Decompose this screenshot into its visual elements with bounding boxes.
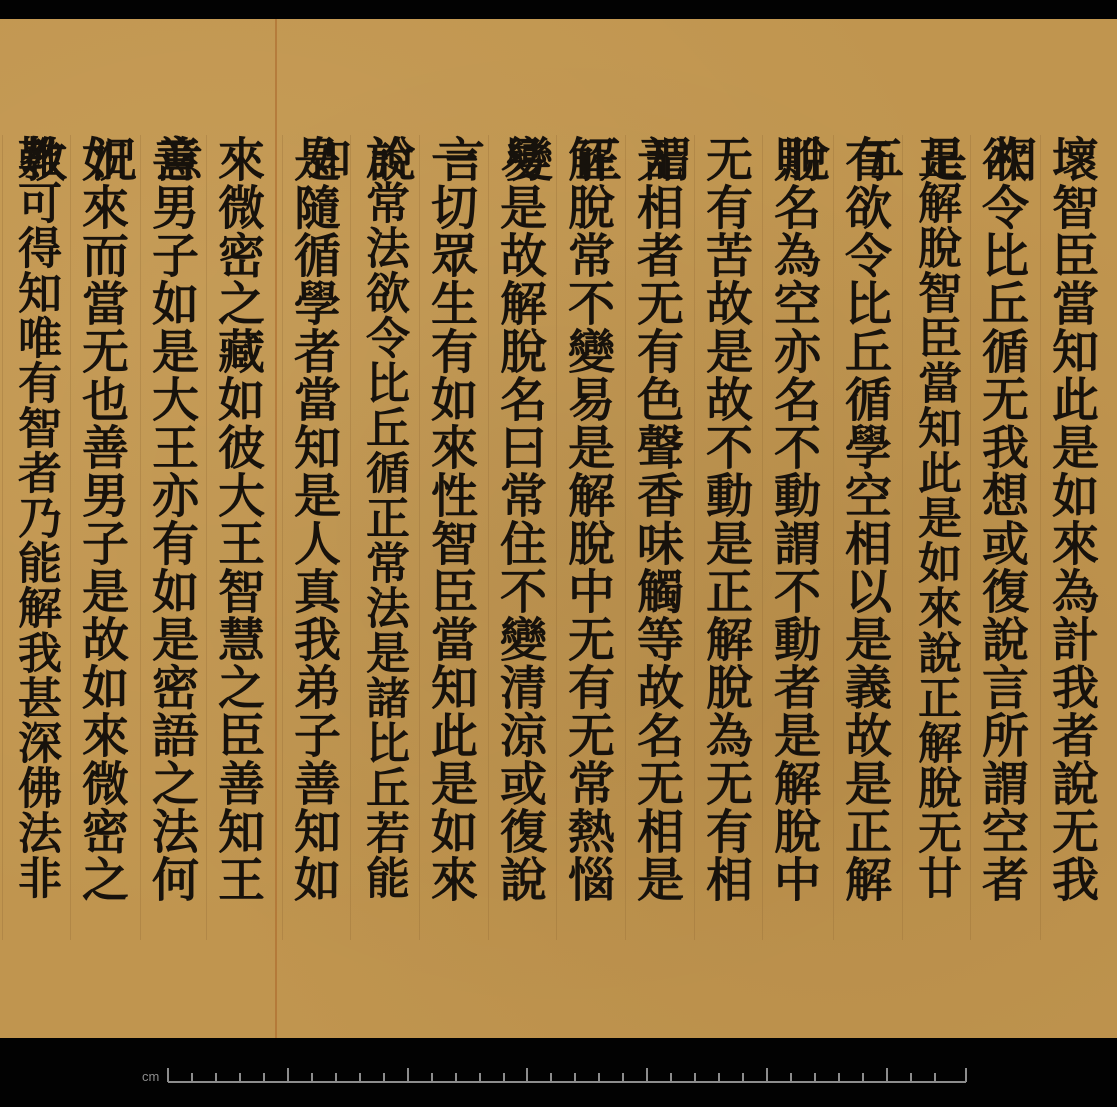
centimeter-ruler: [0, 0, 1117, 1107]
